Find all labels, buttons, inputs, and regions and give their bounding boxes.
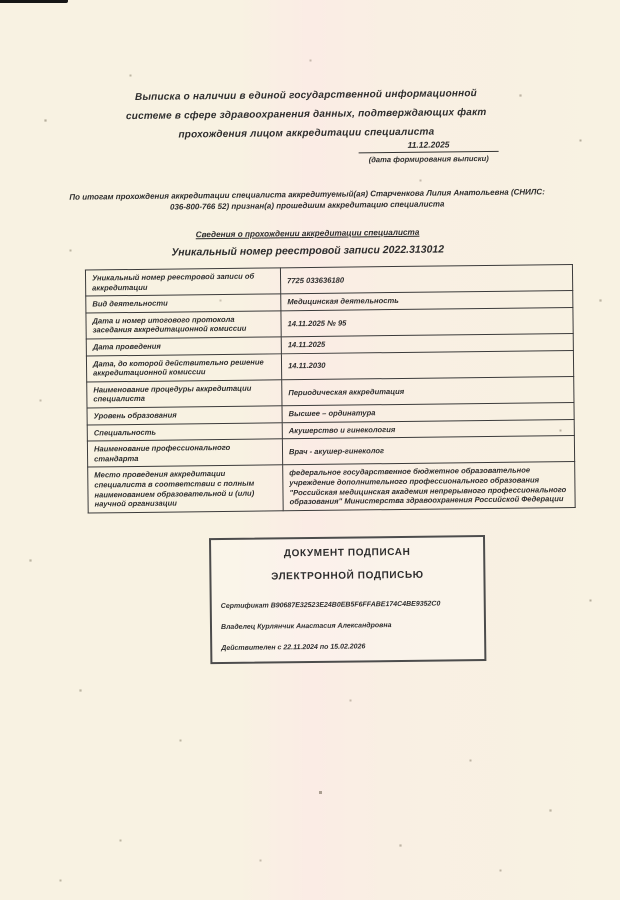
table-row-label: Место проведения аккредитации специалист… bbox=[88, 465, 284, 513]
scanned-document-page: Выписка о наличии в единой государственн… bbox=[0, 0, 620, 900]
extract-date-caption: (дата формирования выписки) bbox=[359, 154, 499, 165]
table-row-label: Дата и номер итогового протокола заседан… bbox=[86, 311, 281, 339]
table-row-value: 14.11.2030 bbox=[281, 350, 573, 379]
table-row-label: Наименование процедуры аккредитации спец… bbox=[87, 380, 282, 408]
table-row-value: федеральное государственное бюджетное об… bbox=[283, 462, 575, 511]
table-row-value: 7725 033636180 bbox=[280, 265, 572, 294]
table-row: Место проведения аккредитации специалист… bbox=[88, 462, 575, 513]
document-content: Выписка о наличии в единой государственн… bbox=[0, 0, 620, 900]
stamp-owner-label: Владелец bbox=[221, 624, 255, 631]
table-row-value: Врач - акушер-гинеколог bbox=[282, 436, 574, 465]
stamp-title-line-2: ЭЛЕКТРОННОЙ ПОДПИСЬЮ bbox=[211, 569, 483, 583]
table-row-value: 14.11.2025 № 95 bbox=[281, 307, 573, 336]
stamp-certificate-label: Сертификат bbox=[221, 602, 269, 610]
stamp-title-line-1: ДОКУМЕНТ ПОДПИСАН bbox=[211, 546, 483, 560]
extract-date-block: 11.12.2025 (дата формирования выписки) bbox=[358, 139, 498, 165]
section-heading: Сведения о прохождении аккредитации спец… bbox=[0, 225, 618, 241]
stamp-certificate-value: B90687E32523E24B0EB5F6FFABE174C4BE9352C0 bbox=[271, 601, 441, 610]
extract-date-value: 11.12.2025 bbox=[358, 139, 498, 154]
registry-number-heading: Уникальный номер реестровой записи 2022.… bbox=[0, 241, 618, 260]
stamp-owner-line: Владелец Курлянчик Анастасия Александров… bbox=[221, 621, 484, 631]
stamp-owner-value: Курлянчик Анастасия Александровна bbox=[257, 622, 391, 631]
electronic-signature-stamp: ДОКУМЕНТ ПОДПИСАН ЭЛЕКТРОННОЙ ПОДПИСЬЮ С… bbox=[209, 535, 486, 664]
table-row-label: Наименование профессионального стандарта bbox=[87, 439, 282, 467]
table-row-value: Периодическая аккредитация bbox=[282, 376, 574, 405]
table-row-label: Уникальный номер реестровой записи об ак… bbox=[85, 268, 280, 296]
table-row-label: Дата, до которой действительно решение а… bbox=[86, 353, 281, 381]
stamp-certificate-line: Сертификат B90687E32523E24B0EB5F6FFABE17… bbox=[221, 600, 484, 610]
accreditation-details-table: Уникальный номер реестровой записи об ак… bbox=[85, 264, 576, 513]
accreditation-table-body: Уникальный номер реестровой записи об ак… bbox=[85, 265, 575, 513]
stamp-validity-line: Действителен с 22.11.2024 по 15.02.2026 bbox=[221, 642, 484, 652]
document-title: Выписка о наличии в единой государственн… bbox=[0, 83, 616, 147]
intro-paragraph: По итогам прохождения аккредитации специ… bbox=[27, 186, 587, 214]
stamp-details: Сертификат B90687E32523E24B0EB5F6FFABE17… bbox=[221, 600, 485, 652]
